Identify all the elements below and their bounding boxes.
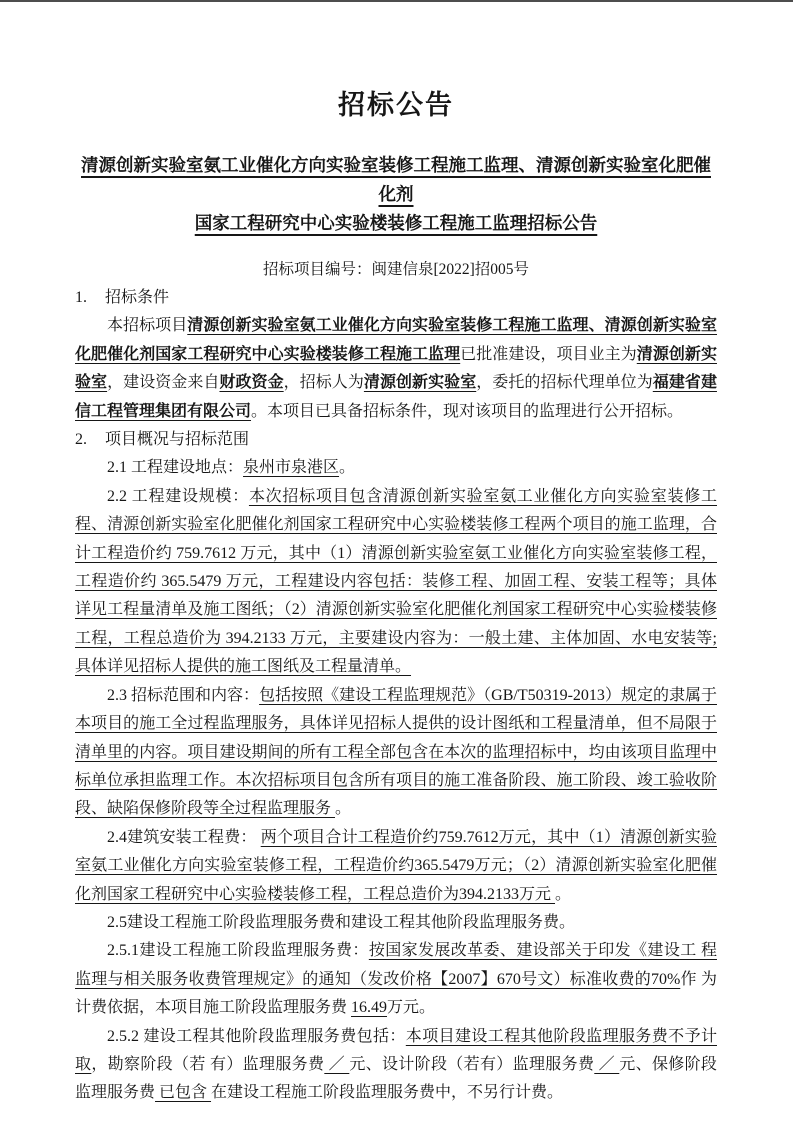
clause-2-5: 2.5建设工程施工阶段监理服务费和建设工程其他阶段监理服务费。	[75, 909, 717, 937]
text-run: 。	[555, 886, 571, 903]
text-run: ，招标人为	[284, 374, 364, 391]
emphasized-text: 包括按照《建设工程监理规范》（GB/T50319-2013）规定的隶属于本项目的…	[75, 687, 717, 818]
emphasized-text: 财政资金	[219, 374, 283, 391]
text-run: 2.1 工程建设地点：	[107, 459, 243, 476]
list-number: 1.	[75, 284, 105, 312]
section-2-heading: 2.项目概况与招标范围	[75, 426, 717, 454]
text-run: 。	[335, 800, 351, 817]
text-run: 本招标项目	[107, 317, 187, 334]
text-run: ，勘察阶段（若 有）监理服务费	[91, 1056, 324, 1073]
text-run: 2.5.2 建设工程其他阶段监理服务费包括：	[107, 1028, 406, 1045]
section-1-body: 本招标项目清源创新实验室氨工业催化方向实验室装修工程施工监理、清源创新实验室化肥…	[75, 312, 717, 426]
text-run: 2.5.1建设工程施工阶段监理服务费：	[107, 942, 369, 959]
emphasized-text: 已包含	[155, 1084, 211, 1101]
emphasized-text: 泉州市泉港区	[243, 459, 339, 476]
text-run: 招标条件	[105, 289, 169, 306]
clause-2-5-1: 2.5.1建设工程施工阶段监理服务费：按国家发展改革委、建设部关于印发《建设工 …	[75, 937, 717, 1022]
text-run: 在建设工程施工阶段监理服务费中，不另行计费。	[211, 1084, 563, 1101]
emphasized-text: ／	[594, 1056, 619, 1073]
document-title: 招标公告	[75, 88, 717, 122]
text-run: ，建设资金来自	[107, 374, 219, 391]
emphasized-text: 本次招标项目包含清源创新实验室氨工业催化方向实验室装修工程、清源创新实验室化肥催…	[75, 488, 717, 675]
text-run: 项目概况与招标范围	[105, 431, 249, 448]
document-subtitle: 清源创新实验室氨工业催化方向实验室装修工程施工监理、清源创新实验室化肥催化剂 国…	[75, 151, 717, 238]
project-number: 招标项目编号：闽建信泉[2022]招005号	[75, 256, 717, 284]
text-run: 。	[339, 459, 355, 476]
text-run: 万元。	[387, 999, 435, 1016]
clause-2-2: 2.2 工程建设规模：本次招标项目包含清源创新实验室氨工业催化方向实验室装修工程…	[75, 483, 717, 682]
subtitle-line-2: 国家工程研究中心实验楼装修工程施工监理招标公告	[75, 209, 717, 238]
emphasized-text: 清源创新实验室	[364, 374, 476, 391]
text-run: 2.2 工程建设规模：	[107, 488, 249, 505]
subtitle-line-1: 清源创新实验室氨工业催化方向实验室装修工程施工监理、清源创新实验室化肥催化剂	[75, 151, 717, 209]
document-page: 招标公告 清源创新实验室氨工业催化方向实验室装修工程施工监理、清源创新实验室化肥…	[0, 0, 793, 1122]
emphasized-text: ／	[324, 1056, 349, 1073]
list-number: 2.	[75, 426, 105, 454]
clause-2-5-2: 2.5.2 建设工程其他阶段监理服务费包括：本项目建设工程其他阶段监理服务费不予…	[75, 1023, 717, 1108]
clause-2-4: 2.4建筑安装工程费： 两个项目合计工程造价约759.7612万元，其中（1）清…	[75, 824, 717, 909]
text-run: 2.3 招标范围和内容：	[107, 687, 259, 704]
document-body: 1.招标条件本招标项目清源创新实验室氨工业催化方向实验室装修工程施工监理、清源创…	[75, 284, 717, 1108]
text-run: ，委托的招标代理单位为	[476, 374, 653, 391]
text-run: 2.4建筑安装工程费：	[107, 829, 261, 846]
text-run: 。本项目已具备招标条件，现对该项目的监理进行公开招标。	[251, 403, 683, 420]
text-run: 元、设计阶段（若有）监理服务费	[349, 1056, 594, 1073]
text-run: 已批准建设，项目业主为	[460, 346, 637, 363]
emphasized-text: 16.49	[351, 999, 387, 1016]
emphasized-text: 验室	[75, 374, 107, 391]
emphasized-text: 清源创新实	[637, 346, 717, 363]
section-1-heading: 1.招标条件	[75, 284, 717, 312]
text-run: 2.5建设工程施工阶段监理服务费和建设工程其他阶段监理服务费。	[107, 914, 575, 931]
clause-2-1: 2.1 工程建设地点：泉州市泉港区。	[75, 454, 717, 482]
clause-2-3: 2.3 招标范围和内容：包括按照《建设工程监理规范》（GB/T50319-201…	[75, 682, 717, 824]
document-content: 招标公告 清源创新实验室氨工业催化方向实验室装修工程施工监理、清源创新实验室化肥…	[0, 2, 793, 1108]
